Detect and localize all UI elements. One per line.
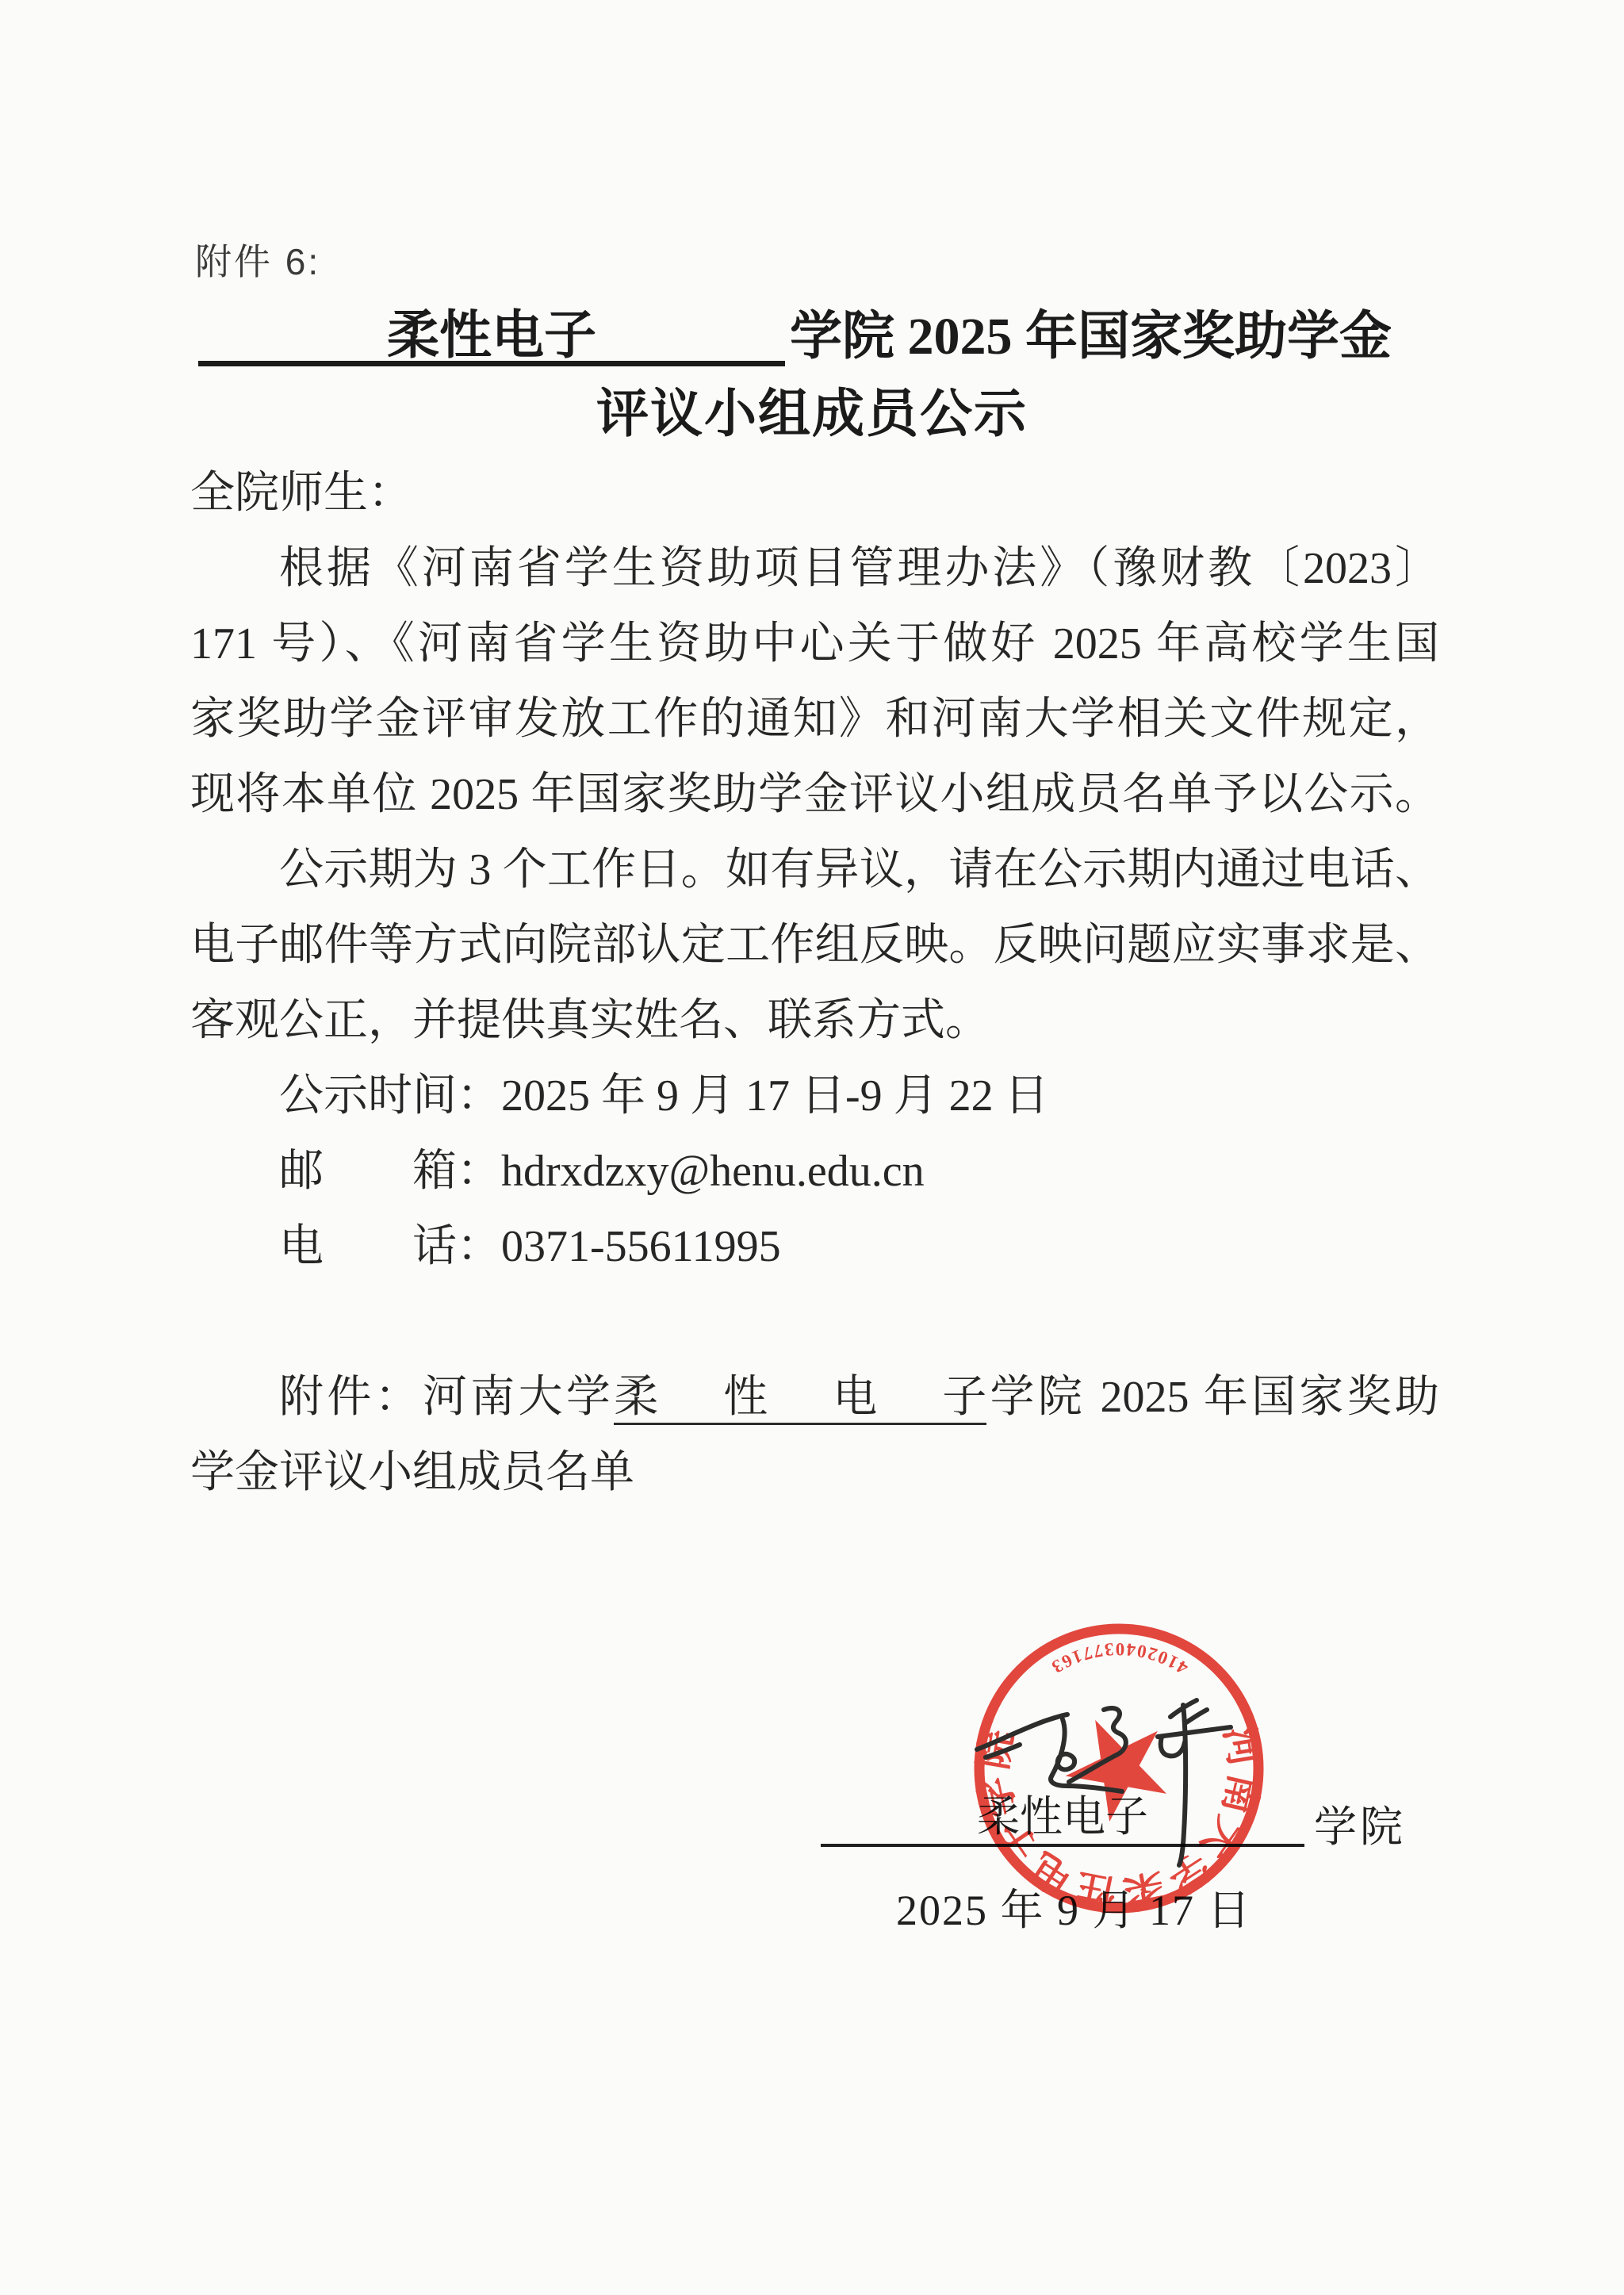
svg-text:4102040377163: 4102040377163 <box>1046 1639 1191 1678</box>
body-line: 电子邮件等方式向院部认定工作组反映。反映问题应实事求是、 <box>190 908 1439 983</box>
phone-value: 0371-55611995 <box>501 1222 781 1271</box>
body-line: 根据《河南省学生资助项目管理办法》（豫财教〔2023〕 <box>190 531 1439 607</box>
document-title-line1: 柔性电子学院 2025 年国家奖助学金 <box>198 308 1392 366</box>
attachment-blank-text: 柔性电子 <box>614 1373 986 1422</box>
publicity-period-line: 公示时间：2025 年 9 月 17 日-9 月 22 日 <box>190 1059 1439 1134</box>
attachment-reference-prefix: 附件：河南大学 <box>279 1373 614 1422</box>
email-label: 邮 箱： <box>279 1147 501 1196</box>
scanned-document-page: 附件 6: 柔性电子学院 2025 年国家奖助学金 评议小组成员公示 全院师生：… <box>0 0 1624 2295</box>
title-blank-text: 柔性电子 <box>387 307 596 365</box>
body-line: 公示期为 3 个工作日。如有异议，请在公示期内通过电话、 <box>190 833 1439 908</box>
publicity-period-value: 2025 年 9 月 17 日-9 月 22 日 <box>501 1071 1049 1121</box>
attachment-reference-line: 附件：河南大学柔性电子学院 2025 年国家奖助 <box>190 1360 1439 1435</box>
signature-unit-suffix: 学院 <box>1314 1793 1406 1854</box>
body-line: 现将本单位 2025 年国家奖助学金评议小组成员名单予以公示。 <box>190 757 1439 833</box>
title-blank-underline: 柔性电子 <box>198 308 785 366</box>
attachment-blank-underline: 柔性电子 <box>614 1372 986 1425</box>
seal-ring-border <box>979 1629 1258 1908</box>
body-line: 171 号）、《河南省学生资助中心关于做好 2025 年高校学生国 <box>190 607 1439 682</box>
signature-blank-underline: 柔性电子 <box>821 1790 1304 1847</box>
seal-code: 4102040377163 <box>1046 1639 1191 1678</box>
signature-date: 2025 年 9 月 17 日 <box>896 1876 1252 1937</box>
attachment-reference-line2: 学金评议小组成员名单 <box>190 1435 1439 1511</box>
phone-line: 电 话：0371-55611995 <box>190 1209 1439 1285</box>
publicity-period-label: 公示时间： <box>279 1071 501 1121</box>
title-line1-rest: 学院 2025 年国家奖助学金 <box>785 308 1392 366</box>
signature-unit-name: 柔性电子 <box>977 1793 1148 1841</box>
official-seal: 河南大学柔性电子学院 4102040377163 <box>971 1629 1267 1917</box>
salutation: 全院师生： <box>190 456 1439 531</box>
body-line: 家奖助学金评审发放工作的通知》和河南大学相关文件规定， <box>190 682 1439 757</box>
body-line: 客观公正，并提供真实姓名、联系方式。 <box>190 983 1439 1059</box>
document-title-line2: 评议小组成员公示 <box>0 371 1624 446</box>
document-body: 全院师生： 根据《河南省学生资助项目管理办法》（豫财教〔2023〕 171 号）… <box>190 456 1439 1511</box>
email-line: 邮 箱：hdrxdzxy@henu.edu.cn <box>190 1134 1439 1209</box>
phone-label: 电 话： <box>279 1222 501 1271</box>
seal-and-signature-layer: 河南大学柔性电子学院 4102040377163 <box>0 1586 1624 2295</box>
blank-line <box>190 1285 1439 1360</box>
email-value: hdrxdzxy@henu.edu.cn <box>501 1147 925 1196</box>
attachment-reference-suffix: 学院 2025 年国家奖助 <box>986 1373 1439 1422</box>
attachment-number-label: 附件 6: <box>195 233 320 285</box>
